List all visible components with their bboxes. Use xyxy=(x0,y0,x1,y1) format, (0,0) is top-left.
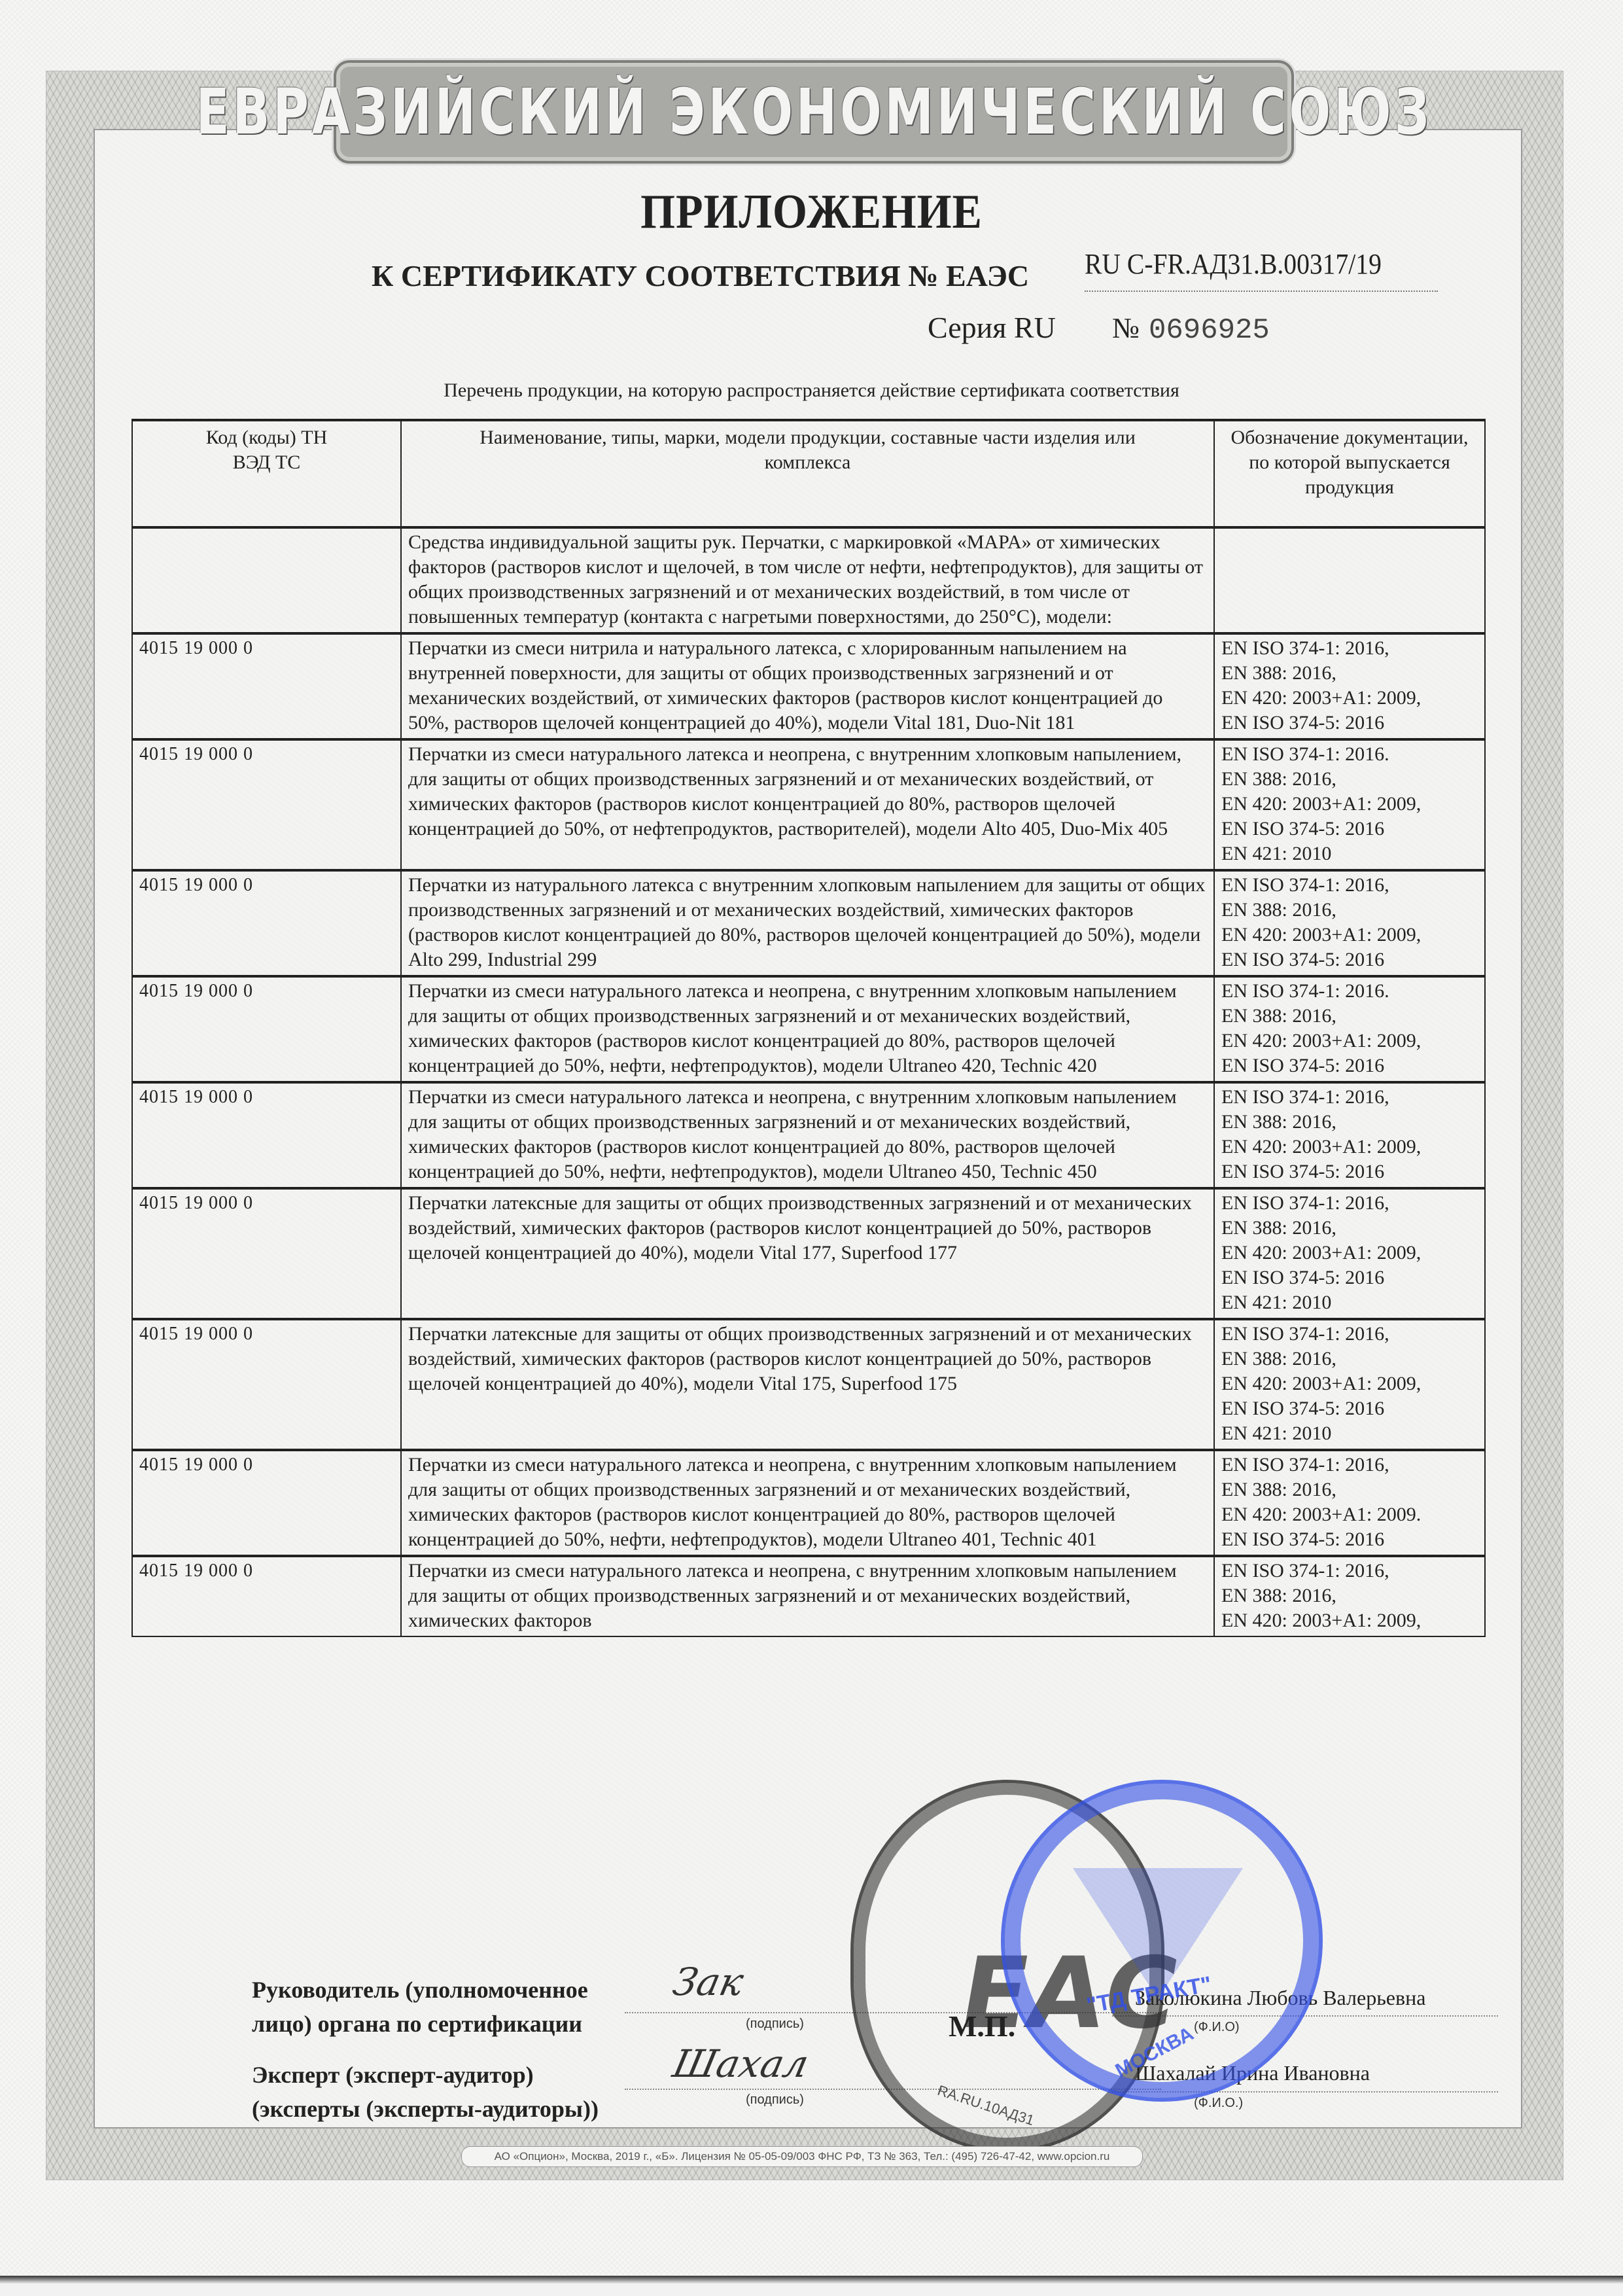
product-description: Перчатки из смеси натурального латекса и… xyxy=(401,1556,1214,1636)
standard-item: EN ISO 374-5: 2016 xyxy=(1221,817,1478,841)
company-stamp-logo-icon xyxy=(1073,1868,1243,1999)
product-description: Перчатки из смеси натурального латекса и… xyxy=(401,739,1214,870)
standard-item: EN ISO 374-1: 2016, xyxy=(1221,1085,1478,1110)
standard-item: EN ISO 374-1: 2016, xyxy=(1221,1191,1478,1216)
standard-item: EN ISO 374-1: 2016, xyxy=(1221,636,1478,661)
expert-signature: Шахал xyxy=(669,2041,812,2086)
column-header-name: Наименование, типы, марки, модели продук… xyxy=(401,420,1214,527)
table-row: 4015 19 000 0 Перчатки из смеси натураль… xyxy=(132,1556,1485,1636)
expert-label-line1: Эксперт (эксперт-аудитор) xyxy=(252,2058,599,2092)
standard-item: EN 420: 2003+A1: 2009, xyxy=(1221,1608,1478,1633)
form-number: №0696925 xyxy=(1112,311,1270,347)
column-header-code: Код (коды) ТН ВЭД ТС xyxy=(132,420,401,527)
hs-code: 4015 19 000 0 xyxy=(132,1319,401,1450)
standard-item: EN ISO 374-1: 2016. xyxy=(1221,979,1478,1004)
standard-item: EN 420: 2003+A1: 2009, xyxy=(1221,923,1478,947)
standard-item: EN 420: 2003+A1: 2009, xyxy=(1221,1371,1478,1396)
standards-list: EN ISO 374-1: 2016,EN 388: 2016,EN 420: … xyxy=(1214,1082,1485,1188)
standard-item: EN 420: 2003+A1: 2009, xyxy=(1221,1241,1478,1265)
standard-item: EN 420: 2003+A1: 2009, xyxy=(1221,1029,1478,1053)
standard-item: EN ISO 374-1: 2016, xyxy=(1221,1453,1478,1477)
table-row: 4015 19 000 0 Перчатки из смеси нитрила … xyxy=(132,633,1485,739)
standard-item: EN ISO 374-1: 2016. xyxy=(1221,742,1478,767)
expert-signature-hint: (подпись) xyxy=(746,2093,804,2108)
standard-item: EN 388: 2016, xyxy=(1221,1583,1478,1608)
product-description: Перчатки из смеси натурального латекса и… xyxy=(401,976,1214,1082)
seal-place-mark: М.П. xyxy=(949,2009,1015,2043)
expert-label: Эксперт (эксперт-аудитор) (эксперты (экс… xyxy=(252,2058,599,2126)
certificate-line: К СЕРТИФИКАТУ СООТВЕТСТВИЯ № ЕАЭС xyxy=(372,247,1029,293)
standards-list: EN ISO 374-1: 2016.EN 388: 2016,EN 420: … xyxy=(1214,739,1485,870)
table-row: 4015 19 000 0 Перчатки латексные для защ… xyxy=(132,1319,1485,1450)
head-label-line1: Руководитель (уполномоченное xyxy=(252,1973,588,2007)
certificate-number-field: RU C-FR.АД31.В.00317/19 xyxy=(1085,247,1438,292)
standard-item: EN ISO 374-5: 2016 xyxy=(1221,1265,1478,1290)
banner-text: ЕВРАЗИЙСКИЙ ЭКОНОМИЧЕСКИЙ СОЮЗ xyxy=(196,75,1432,149)
standard-item: EN 388: 2016, xyxy=(1221,1347,1478,1371)
table-caption: Перечень продукции, на которую распростр… xyxy=(0,380,1623,402)
hs-code: 4015 19 000 0 xyxy=(132,1556,401,1636)
hs-code: 4015 19 000 0 xyxy=(132,1450,401,1556)
table-row: 4015 19 000 0 Перчатки из смеси натураль… xyxy=(132,1082,1485,1188)
standard-item: EN 421: 2010 xyxy=(1221,841,1478,866)
product-description: Перчатки из натурального латекса с внутр… xyxy=(401,870,1214,976)
standard-item: EN ISO 374-1: 2016, xyxy=(1221,1559,1478,1583)
standard-item: EN ISO 374-5: 2016 xyxy=(1221,1053,1478,1078)
printer-footer: АО «Опцион», Москва, 2019 г., «Б». Лицен… xyxy=(461,2146,1143,2167)
head-label-line2: лицо) органа по сертификации xyxy=(252,2007,588,2041)
series-label: Серия RU xyxy=(928,310,1056,345)
table-row-intro: Средства индивидуальной защиты рук. Перч… xyxy=(132,527,1485,633)
head-label: Руководитель (уполномоченное лицо) орган… xyxy=(252,1973,588,2041)
standard-item: EN 420: 2003+A1: 2009. xyxy=(1221,1502,1478,1527)
standard-item: EN 388: 2016, xyxy=(1221,767,1478,792)
standards-list: EN ISO 374-1: 2016,EN 388: 2016,EN 420: … xyxy=(1214,633,1485,739)
products-table: Код (коды) ТН ВЭД ТС Наименование, типы,… xyxy=(131,419,1486,1637)
head-signature: Зак xyxy=(669,1960,748,2004)
number-sign: № xyxy=(1112,312,1140,344)
table-row: 4015 19 000 0 Перчатки из натурального л… xyxy=(132,870,1485,976)
standards-list: EN ISO 374-1: 2016.EN 388: 2016,EN 420: … xyxy=(1214,976,1485,1082)
standard-item: EN 420: 2003+A1: 2009, xyxy=(1221,1135,1478,1159)
expert-label-line2: (эксперты (эксперты-аудиторы)) xyxy=(252,2092,599,2126)
certificate-number: RU C-FR.АД31.В.00317/19 xyxy=(1085,247,1382,281)
table-header-row: Код (коды) ТН ВЭД ТС Наименование, типы,… xyxy=(132,420,1485,527)
intro-description: Средства индивидуальной защиты рук. Перч… xyxy=(401,527,1214,633)
table-row: 4015 19 000 0 Перчатки из смеси натураль… xyxy=(132,976,1485,1082)
form-number-value: 0696925 xyxy=(1149,314,1270,347)
standards-list: EN ISO 374-1: 2016,EN 388: 2016,EN 420: … xyxy=(1214,870,1485,976)
expert-name-hint: (Ф.И.О.) xyxy=(1194,2096,1243,2111)
head-signature-hint: (подпись) xyxy=(746,2017,804,2032)
standard-item: EN 388: 2016, xyxy=(1221,1216,1478,1241)
standard-item: EN ISO 374-1: 2016, xyxy=(1221,873,1478,898)
standards-list: EN ISO 374-1: 2016,EN 388: 2016,EN 420: … xyxy=(1214,1188,1485,1319)
standard-item: EN 420: 2003+A1: 2009, xyxy=(1221,686,1478,711)
certificate-label: К СЕРТИФИКАТУ СООТВЕТСТВИЯ № ЕАЭС xyxy=(372,258,1029,293)
document-title: ПРИЛОЖЕНИЕ xyxy=(65,185,1558,240)
standards-list: EN ISO 374-1: 2016,EN 388: 2016,EN 420: … xyxy=(1214,1450,1485,1556)
standard-item: EN ISO 374-5: 2016 xyxy=(1221,711,1478,735)
standards-list: EN ISO 374-1: 2016,EN 388: 2016,EN 420: … xyxy=(1214,1556,1485,1636)
header-banner: ЕВРАЗИЙСКИЙ ЭКОНОМИЧЕСКИЙ СОЮЗ xyxy=(334,60,1294,164)
standard-item: EN 388: 2016, xyxy=(1221,898,1478,923)
scan-edge xyxy=(0,2276,1623,2296)
standard-item: EN ISO 374-5: 2016 xyxy=(1221,1159,1478,1184)
standard-item: EN ISO 374-5: 2016 xyxy=(1221,1396,1478,1421)
hs-code: 4015 19 000 0 xyxy=(132,870,401,976)
intro-docs-cell xyxy=(1214,527,1485,633)
product-description: Перчатки латексные для защиты от общих п… xyxy=(401,1319,1214,1450)
standard-item: EN 421: 2010 xyxy=(1221,1290,1478,1315)
intro-code-cell xyxy=(132,527,401,633)
hs-code: 4015 19 000 0 xyxy=(132,976,401,1082)
product-description: Перчатки из смеси нитрила и натурального… xyxy=(401,633,1214,739)
standard-item: EN 421: 2010 xyxy=(1221,1421,1478,1446)
table-row: 4015 19 000 0 Перчатки из смеси натураль… xyxy=(132,739,1485,870)
standard-item: EN 388: 2016, xyxy=(1221,1110,1478,1135)
standard-item: EN ISO 374-5: 2016 xyxy=(1221,1527,1478,1552)
hs-code: 4015 19 000 0 xyxy=(132,739,401,870)
hs-code: 4015 19 000 0 xyxy=(132,1082,401,1188)
standard-item: EN ISO 374-5: 2016 xyxy=(1221,947,1478,972)
standard-item: EN 388: 2016, xyxy=(1221,1477,1478,1502)
product-description: Перчатки латексные для защиты от общих п… xyxy=(401,1188,1214,1319)
standard-item: EN 388: 2016, xyxy=(1221,1004,1478,1029)
column-header-docs: Обозначение документации, по которой вып… xyxy=(1214,420,1485,527)
hs-code: 4015 19 000 0 xyxy=(132,1188,401,1319)
product-description: Перчатки из смеси натурального латекса и… xyxy=(401,1082,1214,1188)
product-description: Перчатки из смеси натурального латекса и… xyxy=(401,1450,1214,1556)
standard-item: EN 388: 2016, xyxy=(1221,661,1478,686)
standard-item: EN ISO 374-1: 2016, xyxy=(1221,1322,1478,1347)
table-row: 4015 19 000 0 Перчатки из смеси натураль… xyxy=(132,1450,1485,1556)
standard-item: EN 420: 2003+A1: 2009, xyxy=(1221,792,1478,817)
table-row: 4015 19 000 0 Перчатки латексные для защ… xyxy=(132,1188,1485,1319)
hs-code: 4015 19 000 0 xyxy=(132,633,401,739)
standards-list: EN ISO 374-1: 2016,EN 388: 2016,EN 420: … xyxy=(1214,1319,1485,1450)
